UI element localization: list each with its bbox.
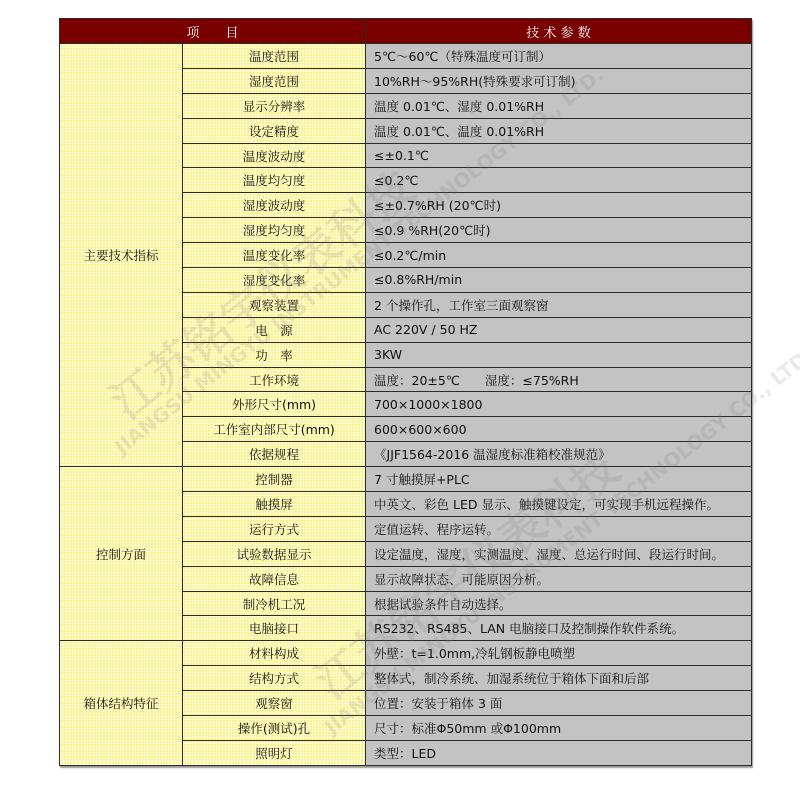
item-label: 湿度范围 [183,68,366,93]
item-label: 电 源 [183,317,366,342]
item-value: ≤±0.7%RH (20℃时) [366,193,752,218]
item-value: ≤0.8%RH/min [366,268,752,293]
table-row: 控制方面控制器7 寸触摸屏+PLC [60,467,752,492]
item-label: 湿度波动度 [183,193,366,218]
group-label: 主要技术指标 [60,44,183,467]
item-label: 控制器 [183,467,366,492]
item-value: 设定温度，湿度，实测温度、湿度、总运行时间、段运行时间。 [366,541,752,566]
item-label: 工作环境 [183,367,366,392]
item-value: 尺寸：标准Φ50mm 或Φ100mm [366,716,752,741]
item-value: 整体式，制冷系统、加湿系统位于箱体下面和后部 [366,666,752,691]
item-label: 功 率 [183,342,366,367]
item-value: 《JJF1564-2016 温湿度标准箱校准规范》 [366,442,752,467]
item-value: 5℃～60℃（特殊温度可订制） [366,44,752,69]
item-value: ≤0.9 %RH(20℃时) [366,218,752,243]
item-value: 温度 0.01℃、温度 0.01%RH [366,118,752,143]
item-value: 外壁：t=1.0mm,冷轧钢板静电喷塑 [366,641,752,666]
item-label: 湿度均匀度 [183,218,366,243]
item-label: 试验数据显示 [183,541,366,566]
table-row: 箱体结构特征材料构成外壁：t=1.0mm,冷轧钢板静电喷塑 [60,641,752,666]
item-label: 温度变化率 [183,243,366,268]
item-label: 湿度变化率 [183,268,366,293]
item-label: 温度范围 [183,44,366,69]
table-header-row: 项 目 技 术 参 数 [60,19,752,44]
item-label: 操作(测试)孔 [183,716,366,741]
item-value: ≤±0.1℃ [366,143,752,168]
item-label: 温度均匀度 [183,168,366,193]
item-value: 根据试验条件自动选择。 [366,591,752,616]
item-label: 依据规程 [183,442,366,467]
item-value: 位置：安装于箱体 3 面 [366,691,752,716]
item-value: RS232、RS485、LAN 电脑接口及控制操作软件系统。 [366,616,752,641]
header-value: 技 术 参 数 [366,19,752,44]
item-value: 类型：LED [366,740,752,765]
item-value: 温度 0.01℃、湿度 0.01%RH [366,93,752,118]
item-label: 设定精度 [183,118,366,143]
item-value: 温度：20±5℃ 湿度：≤75%RH [366,367,752,392]
item-label: 照明灯 [183,740,366,765]
item-label: 触摸屏 [183,492,366,517]
item-label: 故障信息 [183,566,366,591]
item-label: 电脑接口 [183,616,366,641]
item-label: 观察装置 [183,292,366,317]
item-label: 观察窗 [183,691,366,716]
item-value: 600×600×600 [366,417,752,442]
item-value: 中英文、彩色 LED 显示、触摸键设定，可实现手机远程操作。 [366,492,752,517]
group-label: 控制方面 [60,467,183,641]
item-label: 结构方式 [183,666,366,691]
item-label: 工作室内部尺寸(mm) [183,417,366,442]
item-value: 10%RH～95%RH(特殊要求可订制) [366,68,752,93]
item-value: ≤0.2℃ [366,168,752,193]
spec-body: 主要技术指标温度范围5℃～60℃（特殊温度可订制）湿度范围10%RH～95%RH… [60,44,752,766]
item-value: 700×1000×1800 [366,392,752,417]
item-label: 运行方式 [183,516,366,541]
item-value: 7 寸触摸屏+PLC [366,467,752,492]
item-value: AC 220V / 50 HZ [366,317,752,342]
group-label: 箱体结构特征 [60,641,183,765]
item-value: 3KW [366,342,752,367]
item-value: 2 个操作孔，工作室三面观察窗 [366,292,752,317]
table-row: 主要技术指标温度范围5℃～60℃（特殊温度可订制） [60,44,752,69]
item-value: ≤0.2℃/min [366,243,752,268]
item-value: 定值运转、程序运转。 [366,516,752,541]
spec-table: 项 目 技 术 参 数 主要技术指标温度范围5℃～60℃（特殊温度可订制）湿度范… [59,18,752,766]
header-item: 项 目 [60,19,366,44]
item-label: 制冷机工况 [183,591,366,616]
item-label: 温度波动度 [183,143,366,168]
item-label: 显示分辨率 [183,93,366,118]
item-label: 材料构成 [183,641,366,666]
item-value: 显示故障状态、可能原因分析。 [366,566,752,591]
item-label: 外形尺寸(mm) [183,392,366,417]
